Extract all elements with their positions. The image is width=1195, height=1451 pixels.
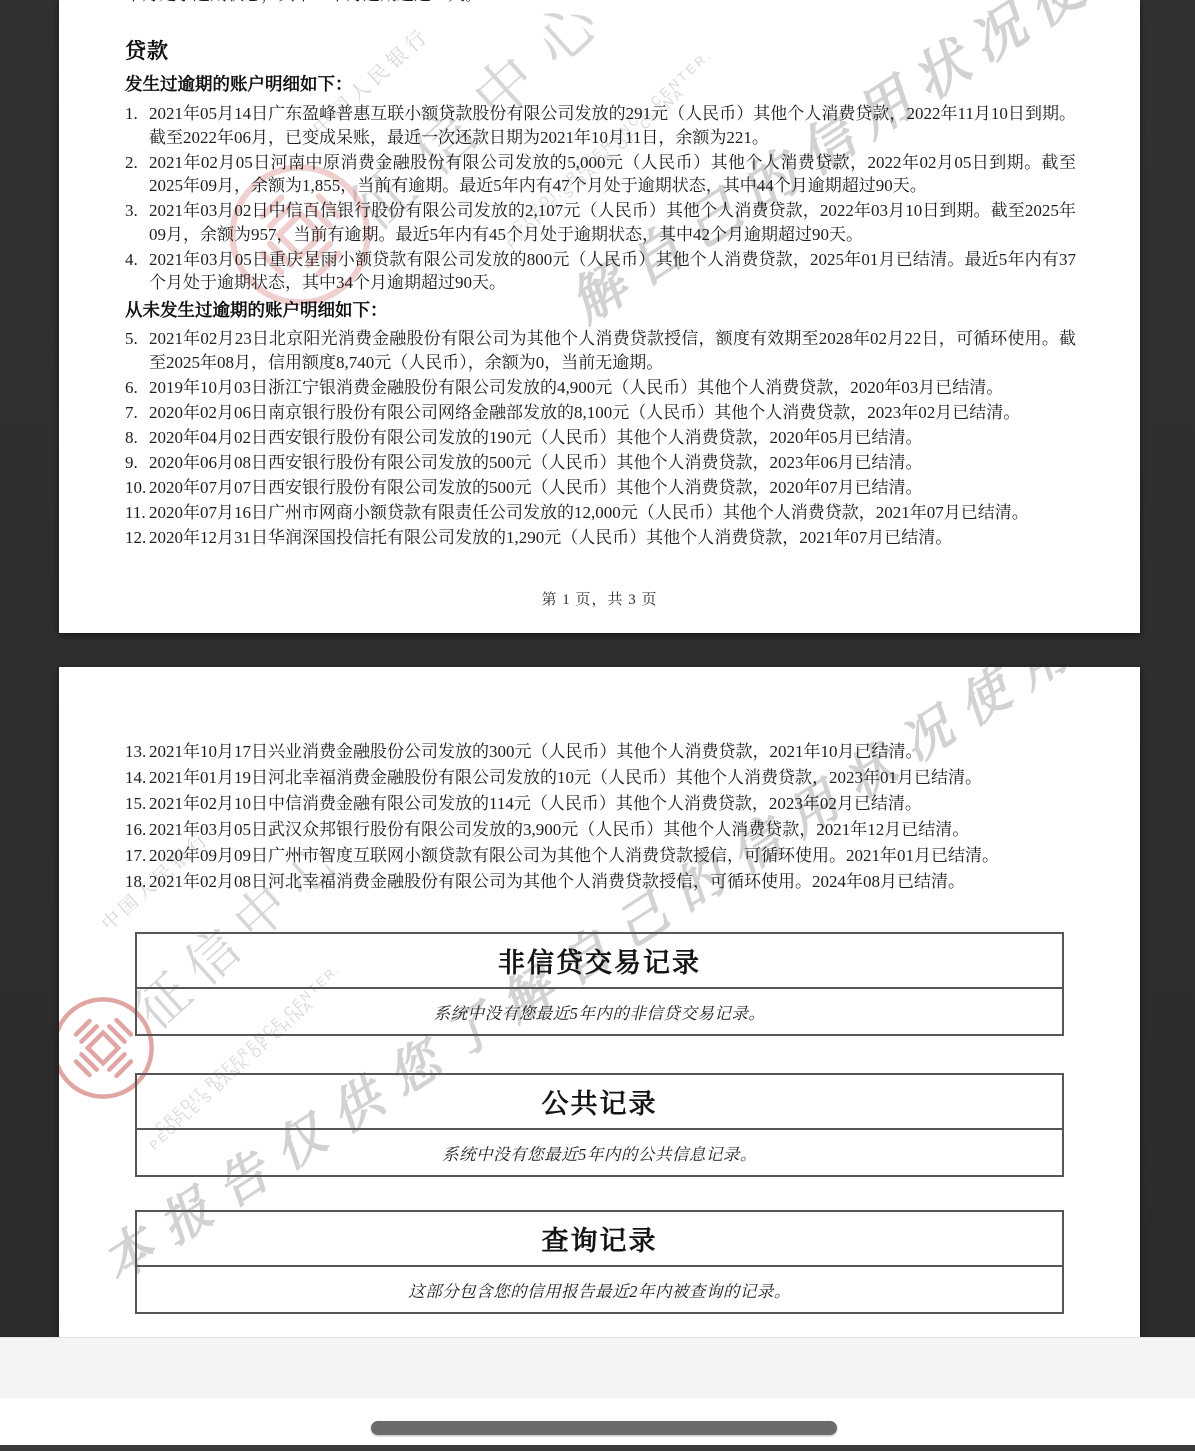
page-number-footer: 第 1 页，共 3 页 <box>59 588 1140 609</box>
loan-item-number: 7. <box>125 401 149 425</box>
loan-item-number: 5. <box>125 327 149 351</box>
loan-item-text: 2021年05月14日广东盈峰普惠互联小额贷款股份有限公司发放的291元（人民币… <box>149 104 1076 147</box>
never-overdue-accounts-header: 从未发生过逾期的账户明细如下： <box>125 299 1076 323</box>
record-section-body: 这部分包含您的信用报告最近2年内被查询的记录。 <box>137 1267 1062 1312</box>
record-section-body: 系统中没有您最近5年内的公共信息记录。 <box>137 1130 1062 1175</box>
loan-item-text: 2020年07月16日广州市网商小额贷款有限责任公司发放的12,000元（人民币… <box>149 503 1029 522</box>
loan-item: 7.2020年02月06日南京银行股份有限公司网络金融部发放的8,100元（人民… <box>125 401 1076 425</box>
credit-report-viewer: { "watermark": { "center_name": "征信中心", … <box>0 0 1195 1451</box>
loan-item: 8.2020年04月02日西安银行股份有限公司发放的190元（人民币）其他个人消… <box>125 426 1076 450</box>
loan-item: 6.2019年10月03日浙江宁银消费金融股份有限公司发放的4,900元（人民币… <box>125 376 1076 400</box>
loan-item-number: 6. <box>125 376 149 400</box>
loan-item: 3.2021年03月02日中信百信银行股份有限公司发放的2,107元（人民币）其… <box>125 199 1076 246</box>
loan-item-number: 9. <box>125 451 149 475</box>
loan-item-text: 2021年02月23日北京阳光消费金融股份有限公司为其他个人消费贷款授信，额度有… <box>149 329 1076 372</box>
loan-item-number: 1. <box>125 102 149 126</box>
loan-item-text: 2019年10月03日浙江宁银消费金融股份有限公司发放的4,900元（人民币）其… <box>149 378 1003 397</box>
loan-item-text: 2020年07月07日西安银行股份有限公司发放的500元（人民币）其他个人消费贷… <box>149 478 923 497</box>
drag-handle[interactable] <box>371 1421 837 1435</box>
loan-item: 9.2020年06月08日西安银行股份有限公司发放的500元（人民币）其他个人消… <box>125 451 1076 475</box>
record-section-title: 查询记录 <box>137 1212 1062 1267</box>
loan-item: 10.2020年07月07日西安银行股份有限公司发放的500元（人民币）其他个人… <box>125 476 1076 500</box>
loan-item-number: 11. <box>125 501 149 525</box>
bottom-toolbar-band <box>0 1337 1195 1398</box>
record-section-box: 公共记录 系统中没有您最近5年内的公共信息记录。 <box>135 1073 1064 1177</box>
loan-item: 1.2021年05月14日广东盈峰普惠互联小额贷款股份有限公司发放的291元（人… <box>125 102 1076 149</box>
loan-item: 2.2021年02月05日河南中原消费金融股份有限公司发放的5,000元（人民币… <box>125 151 1076 198</box>
loan-item: 11.2020年07月16日广州市网商小额贷款有限责任公司发放的12,000元（… <box>125 501 1076 525</box>
loan-item-number: 12. <box>125 526 149 550</box>
record-section-box: 非信贷交易记录 系统中没有您最近5年内的非信贷交易记录。 <box>135 932 1064 1036</box>
bottom-handle-band <box>0 1398 1195 1445</box>
overdue-accounts-header: 发生过逾期的账户明细如下： <box>125 73 1076 97</box>
report-page-1[interactable]: 中国人民银行 征信中心 CREDIT REFERENCE CENTER. PEO… <box>59 0 1140 633</box>
loan-item: 4.2021年03月05日重庆星雨小额贷款有限公司发放的800元（人民币）其他个… <box>125 248 1076 295</box>
record-section-title: 非信贷交易记录 <box>137 934 1062 989</box>
page1-content: 贷款 发生过逾期的账户明细如下： 1.2021年05月14日广东盈峰普惠互联小额… <box>125 40 1076 551</box>
loan-item-text: 2020年12月31日华润深国投信托有限公司发放的1,290元（人民币）其他个人… <box>149 528 952 547</box>
loan-item-text: 2020年04月02日西安银行股份有限公司发放的190元（人民币）其他个人消费贷… <box>149 428 923 447</box>
loan-item-text: 2021年02月05日河南中原消费金融股份有限公司发放的5,000元（人民币）其… <box>149 153 1076 196</box>
bottom-edge-strip <box>0 1445 1195 1451</box>
report-page-2[interactable]: 中国人民银行 征信中心 CREDIT REFERENCE CENTER. PEO… <box>59 667 1140 1337</box>
loan-item-number: 10. <box>125 476 149 500</box>
loan-item-text: 2020年06月08日西安银行股份有限公司发放的500元（人民币）其他个人消费贷… <box>149 453 923 472</box>
record-sections: 非信贷交易记录 系统中没有您最近5年内的非信贷交易记录。 公共记录 系统中没有您… <box>59 667 1140 1337</box>
record-section-body: 系统中没有您最近5年内的非信贷交易记录。 <box>137 989 1062 1034</box>
document-scroll-area[interactable]: 中国人民银行 征信中心 CREDIT REFERENCE CENTER. PEO… <box>0 0 1195 1337</box>
loan-item-text: 2021年03月02日中信百信银行股份有限公司发放的2,107元（人民币）其他个… <box>149 201 1076 244</box>
record-section-title: 公共记录 <box>137 1075 1062 1130</box>
never-overdue-loan-list: 5.2021年02月23日北京阳光消费金融股份有限公司为其他个人消费贷款授信，额… <box>125 327 1076 549</box>
loan-item-number: 2. <box>125 151 149 175</box>
loan-item: 5.2021年02月23日北京阳光消费金融股份有限公司为其他个人消费贷款授信，额… <box>125 327 1076 374</box>
loan-item-number: 4. <box>125 248 149 272</box>
loan-item-text: 2020年02月06日南京银行股份有限公司网络金融部发放的8,100元（人民币）… <box>149 403 1020 422</box>
loan-item: 12.2020年12月31日华润深国投信托有限公司发放的1,290元（人民币）其… <box>125 526 1076 550</box>
clipped-top-line: 个月处于逾期状态，其中15个月逾期超过90天。 <box>125 0 1076 7</box>
overdue-loan-list: 1.2021年05月14日广东盈峰普惠互联小额贷款股份有限公司发放的291元（人… <box>125 102 1076 295</box>
record-section-box: 查询记录 这部分包含您的信用报告最近2年内被查询的记录。 <box>135 1210 1064 1314</box>
loan-item-number: 8. <box>125 426 149 450</box>
loan-item-number: 3. <box>125 199 149 223</box>
loan-item-text: 2021年03月05日重庆星雨小额贷款有限公司发放的800元（人民币）其他个人消… <box>149 250 1076 293</box>
loan-section-title: 贷款 <box>125 40 1076 64</box>
